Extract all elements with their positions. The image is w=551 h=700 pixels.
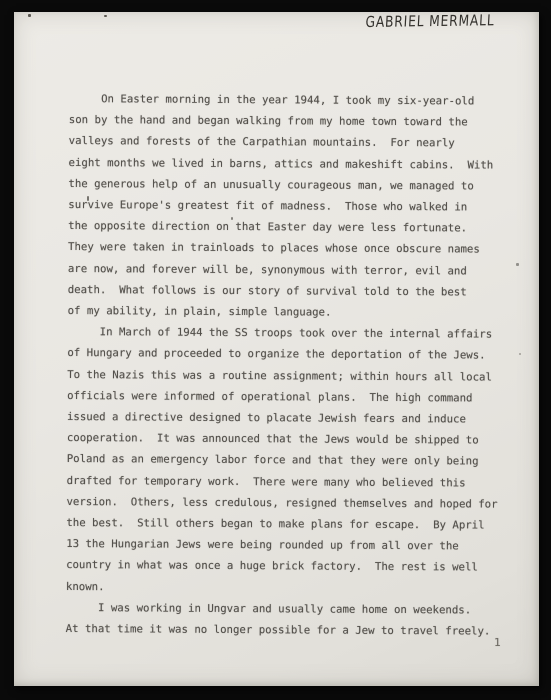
dust-speck xyxy=(104,15,107,17)
typewritten-line: of Hungary and proceeded to organize the… xyxy=(67,342,512,366)
typewritten-line: survive Europe's greatest fit of madness… xyxy=(68,194,513,218)
typewritten-line: drafted for temporary work. There were m… xyxy=(67,470,512,494)
typewritten-line: They were taken in trainloads to places … xyxy=(68,236,513,260)
typewritten-line: of my ability, in plain, simple language… xyxy=(68,300,513,324)
typewritten-line: 13 the Hungarian Jews were being rounded… xyxy=(66,533,511,557)
typewritten-line: the best. Still others began to make pla… xyxy=(66,512,511,536)
typewritten-line: the generous help of an unusually courag… xyxy=(68,173,513,197)
typewritten-line: death. What follows is our story of surv… xyxy=(68,279,513,303)
typewritten-body: On Easter morning in the year 1944, I to… xyxy=(66,88,514,642)
page-number: 1 xyxy=(494,636,501,649)
dust-speck xyxy=(519,353,521,355)
typewritten-line: In March of 1944 the SS troops took over… xyxy=(67,321,512,345)
typewritten-line: At that time it was no longer possible f… xyxy=(66,618,511,642)
typewritten-line: eight months we lived in barns, attics a… xyxy=(68,152,513,176)
typewritten-line: cooperation. It was announced that the J… xyxy=(67,427,512,451)
typewritten-line: version. Others, less credulous, resigne… xyxy=(66,491,511,515)
typewritten-line: country in what was once a huge brick fa… xyxy=(66,554,511,578)
typewritten-line: are now, and forever will be, synonymous… xyxy=(68,258,513,282)
typewritten-line: known. xyxy=(66,576,511,600)
typewritten-line: son by the hand and began walking from m… xyxy=(69,109,514,133)
typewritten-line: valleys and forests of the Carpathian mo… xyxy=(69,130,514,154)
scanned-memoir-page: GABRIEL MERMALL On Easter morning in the… xyxy=(14,12,539,686)
handwritten-author-name: GABRIEL MERMALL xyxy=(365,11,495,31)
scanner-background: GABRIEL MERMALL On Easter morning in the… xyxy=(0,0,551,700)
dust-speck xyxy=(516,263,519,266)
typewritten-line: On Easter morning in the year 1944, I to… xyxy=(69,88,514,112)
typewritten-line: officials were informed of operational p… xyxy=(67,385,512,409)
typewritten-line: Poland as an emergency labor force and t… xyxy=(67,448,512,472)
typewritten-line: the opposite direction on that Easter da… xyxy=(68,215,513,239)
dust-speck xyxy=(28,14,31,17)
typewritten-line: I was working in Ungvar and usually came… xyxy=(66,597,511,621)
typewritten-line: issued a directive designed to placate J… xyxy=(67,406,512,430)
typewritten-line: To the Nazis this was a routine assignme… xyxy=(67,364,512,388)
